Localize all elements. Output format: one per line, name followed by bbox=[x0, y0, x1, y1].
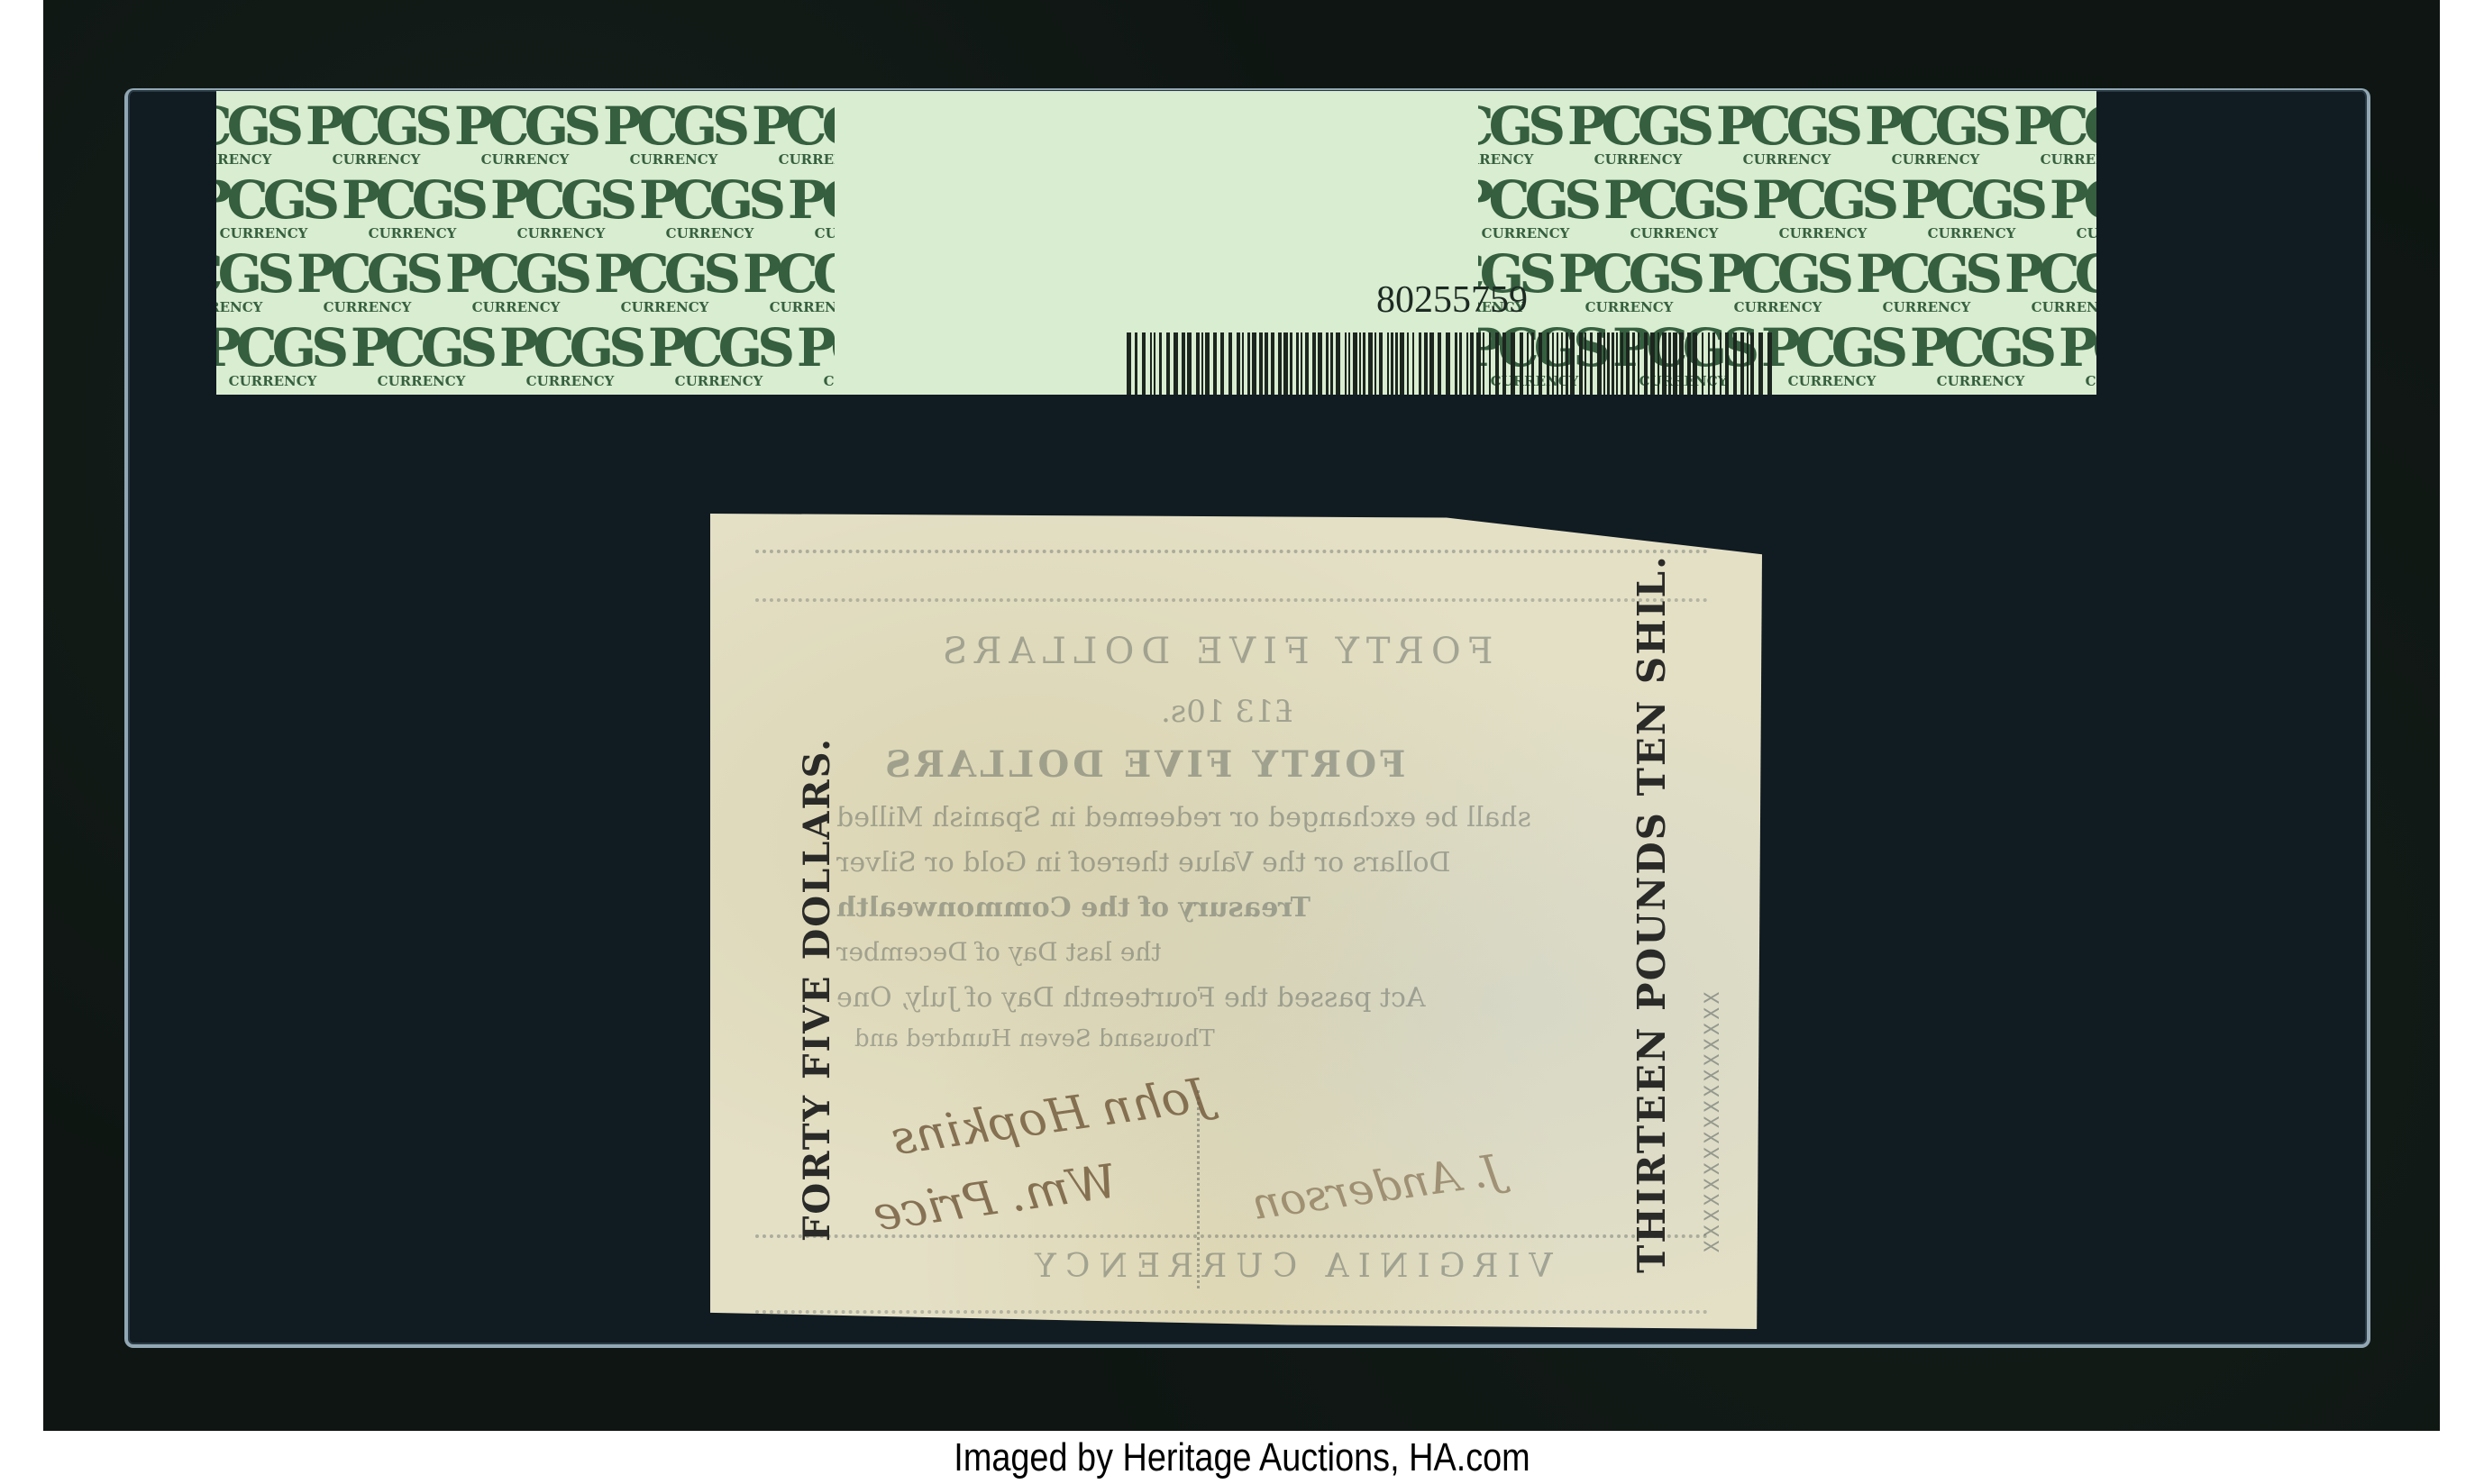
pcgs-logo-icon: PCGSCURRENCY bbox=[496, 322, 644, 388]
logo-row: PCGSCURRENCYPCGSCURRENCYPCGSCURRENCYPCGS… bbox=[216, 174, 835, 242]
pcgs-logo-icon: PCGSCURRENCY bbox=[1906, 322, 2055, 388]
bleedthrough-title: FORTY FIVE DOLLARS bbox=[936, 631, 1493, 672]
top-ornament-border bbox=[755, 550, 1708, 602]
pcgs-logo-icon: PCGSCURRENCY bbox=[590, 248, 739, 314]
pcgs-logo-icon: PCGSCURRENCY bbox=[1478, 174, 1600, 241]
signature: J. Anderson bbox=[1248, 1145, 1503, 1230]
denomination-pounds: THIRTEEN POUNDS TEN SHIL. bbox=[1630, 554, 1674, 1273]
pcgs-logo-icon: PCGSCURRENCY bbox=[1564, 100, 1712, 167]
logo-row: PCGSCURRENCYPCGSCURRENCYPCGSCURRENCYPCGS… bbox=[216, 100, 835, 168]
pcgs-logo-icon: PCGSCURRENCY bbox=[1758, 322, 1906, 388]
bleedthrough-line: Act passed the Fourteenth Day of July, O… bbox=[836, 982, 1426, 1014]
bleedthrough-line: Dollars or the Value thereof in Gold or … bbox=[836, 847, 1451, 879]
pcgs-logo-icon: PCGSCURRENCY bbox=[2046, 174, 2096, 241]
pcgs-logo-icon: PCGSCURRENCY bbox=[1712, 100, 1861, 167]
pcgs-logo-icon: PCGSCURRENCY bbox=[1897, 174, 2046, 241]
bleedthrough-line: FORTY FIVE DOLLARS bbox=[881, 743, 1406, 786]
pcgs-logo-icon: PCGSCURRENCY bbox=[784, 174, 835, 241]
bleedthrough-bottom: VIRGINIA CURRENCY bbox=[1026, 1248, 1553, 1285]
pcgs-logo-icon: PCGSCURRENCY bbox=[216, 100, 302, 167]
pcgs-logo-icon: PCGSCURRENCY bbox=[487, 174, 635, 241]
pcgs-logo-icon: PCGSCURRENCY bbox=[1861, 100, 2010, 167]
cert-number: 80255759 bbox=[1128, 278, 1776, 322]
image-credit: Imaged by Heritage Auctions, HA.com bbox=[174, 1434, 2310, 1481]
signature: John Hopkins bbox=[889, 1069, 1212, 1167]
pcgs-logo-icon: PCGSCURRENCY bbox=[451, 100, 599, 167]
pcgs-logo-icon: PCGSCURRENCY bbox=[1749, 174, 1897, 241]
pcgs-logo-icon: PCGSCURRENCY bbox=[442, 248, 590, 314]
logo-row: PCGSCURRENCYPCGSCURRENCYPCGSCURRENCYPCGS… bbox=[1478, 100, 2096, 168]
pcgs-logo-icon: PCGSCURRENCY bbox=[2010, 100, 2096, 167]
denomination-dollars: FORTY FIVE DOLLARS. bbox=[796, 737, 838, 1242]
bleedthrough-line: the last Day of December bbox=[836, 937, 1162, 967]
pcgs-label: PCGSCURRENCYPCGSCURRENCYPCGSCURRENCYPCGS… bbox=[216, 91, 2096, 395]
pcgs-logo-icon: PCGSCURRENCY bbox=[599, 100, 748, 167]
pcgs-logo-icon: PCGSCURRENCY bbox=[2055, 322, 2096, 388]
pcgs-logo-icon: PCGSCURRENCY bbox=[635, 174, 784, 241]
signature: Wm. Price bbox=[870, 1154, 1120, 1242]
right-border-pattern: XXXXXXXXXXXXXXXXX bbox=[1702, 988, 1724, 1252]
pcgs-logo-icon: PCGSCURRENCY bbox=[302, 100, 451, 167]
bleedthrough-line: shall be exchanged or redeemed in Spanis… bbox=[836, 802, 1531, 833]
barcode bbox=[1127, 332, 1776, 395]
logo-pattern-left: PCGSCURRENCYPCGSCURRENCYPCGSCURRENCYPCGS… bbox=[216, 91, 835, 395]
pcgs-logo-icon: PCGSCURRENCY bbox=[338, 174, 487, 241]
pcgs-logo-icon: PCGSCURRENCY bbox=[1478, 100, 1564, 167]
bleedthrough-value: £13 10s. bbox=[1161, 694, 1293, 730]
logo-row: PCGSCURRENCYPCGSCURRENCYPCGSCURRENCYPCGS… bbox=[216, 322, 835, 390]
banknote: FORTY FIVE DOLLARS £13 10s. FORTY FIVE D… bbox=[710, 514, 1762, 1329]
logo-row: PCGSCURRENCYPCGSCURRENCYPCGSCURRENCYPCGS… bbox=[216, 248, 835, 316]
logo-row: PCGSCURRENCYPCGSCURRENCYPCGSCURRENCYPCGS… bbox=[1478, 174, 2096, 242]
pcgs-logo-icon: PCGSCURRENCY bbox=[293, 248, 442, 314]
pcgs-logo-icon: PCGSCURRENCY bbox=[216, 248, 293, 314]
pcgs-logo-icon: PCGSCURRENCY bbox=[739, 248, 835, 314]
pcgs-logo-icon: PCGSCURRENCY bbox=[216, 174, 338, 241]
bleedthrough-line: Treasury of the Commonwealth bbox=[836, 892, 1310, 924]
pcgs-logo-icon: PCGSCURRENCY bbox=[1852, 248, 2001, 314]
pcgs-logo-icon: PCGSCURRENCY bbox=[216, 322, 347, 388]
pcgs-logo-icon: PCGSCURRENCY bbox=[347, 322, 496, 388]
bleedthrough-line: Thousand Seven Hundred and bbox=[854, 1025, 1215, 1052]
pcgs-logo-icon: PCGSCURRENCY bbox=[2001, 248, 2096, 314]
pcgs-logo-icon: PCGSCURRENCY bbox=[793, 322, 835, 388]
pcgs-logo-icon: PCGSCURRENCY bbox=[748, 100, 835, 167]
pcgs-logo-icon: PCGSCURRENCY bbox=[644, 322, 793, 388]
pcgs-logo-icon: PCGSCURRENCY bbox=[1600, 174, 1749, 241]
